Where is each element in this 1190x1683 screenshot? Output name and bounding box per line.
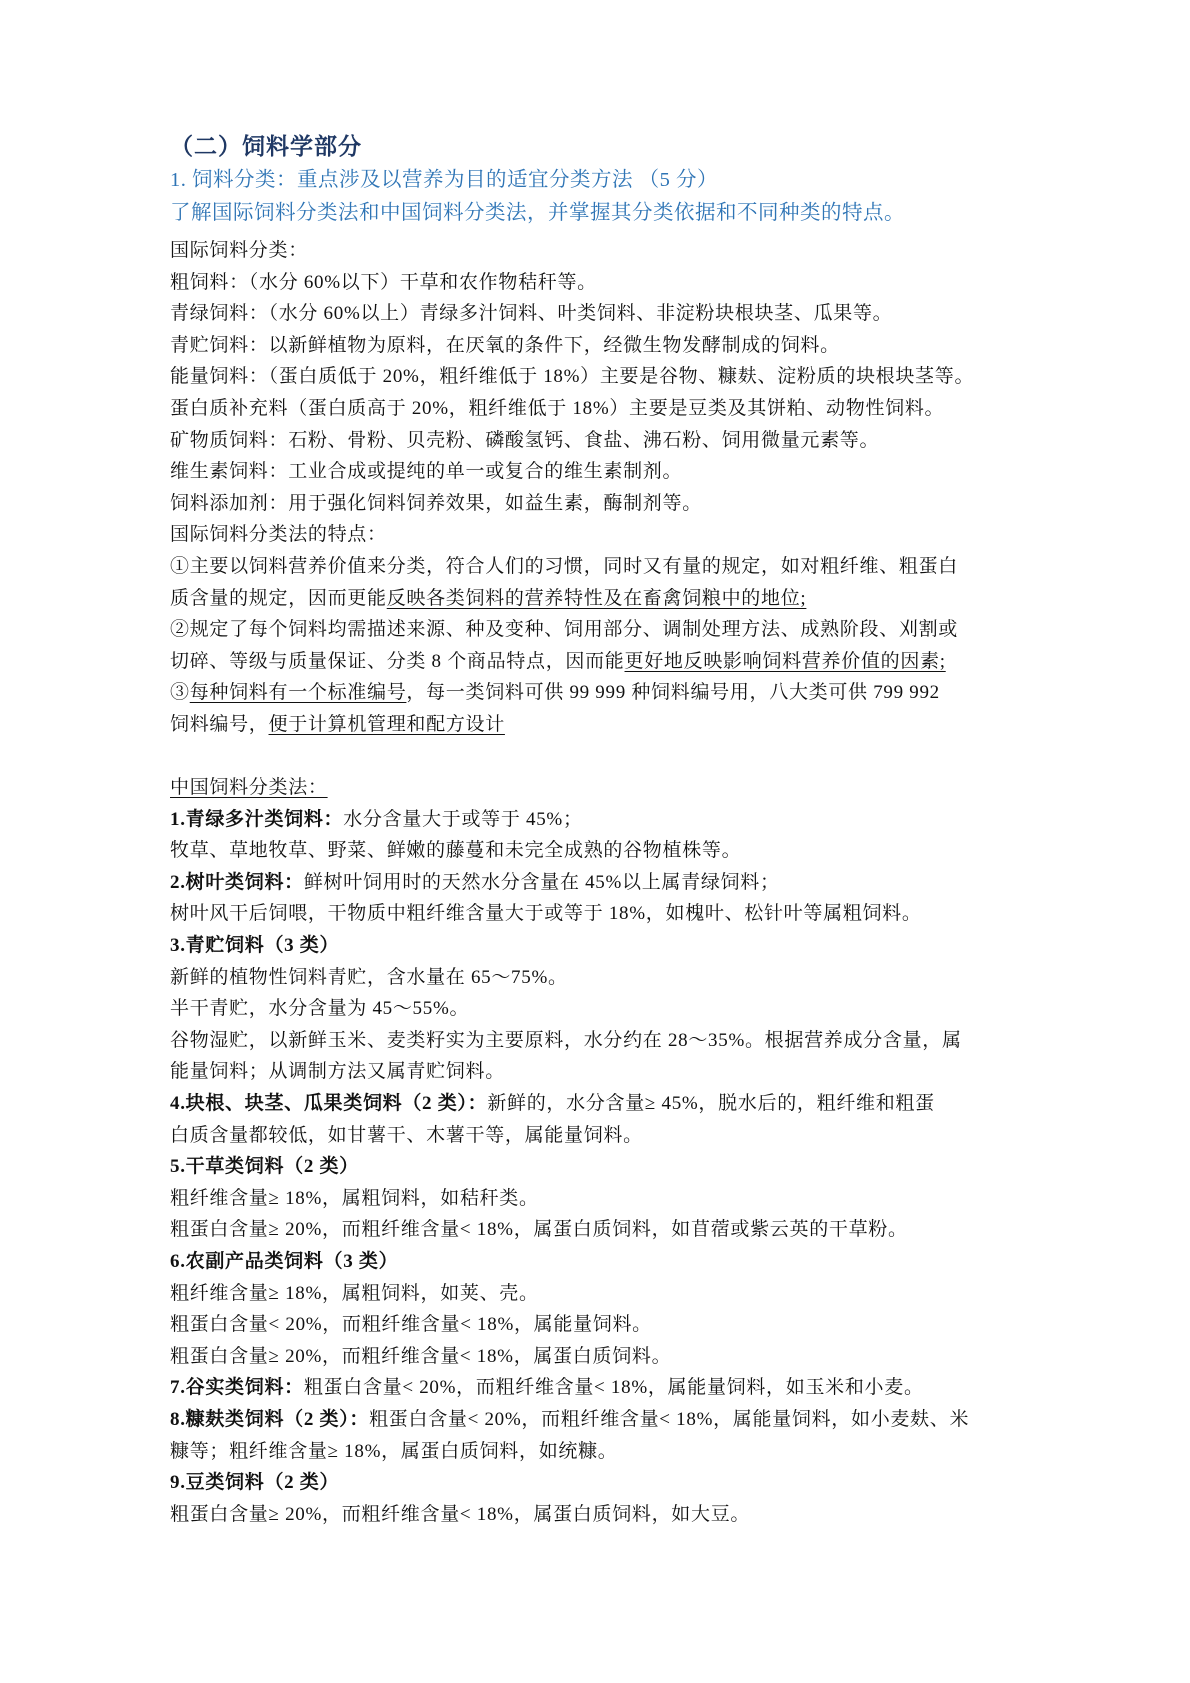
text-line: 粗蛋白含量≥ 20%，而粗纤维含量< 18%，属蛋白质饲料，如大豆。	[170, 1499, 1040, 1531]
text-line: 4.块根、块茎、瓜果类饲料（2 类）：新鲜的，水分含量≥ 45%，脱水后的，粗纤…	[170, 1088, 1040, 1120]
text-line: 糠等；粗纤维含量≥ 18%，属蛋白质饲料，如统糠。	[170, 1436, 1040, 1468]
text-line: 谷物湿贮，以新鲜玉米、麦类籽实为主要原料，水分约在 28～35%。根据营养成分含…	[170, 1025, 1040, 1057]
text-line: 5.干草类饲料（2 类）	[170, 1151, 1040, 1183]
text-run: 矿物质饲料：石粉、骨粉、贝壳粉、磷酸氢钙、食盐、沸石粉、饲用微量元素等。	[170, 430, 879, 451]
document-body: 国际饲料分类：粗饲料：（水分 60%以下）干草和农作物秸秆等。青绿饲料：（水分 …	[170, 235, 1040, 1530]
text-line: 粗蛋白含量≥ 20%，而粗纤维含量< 18%，属蛋白质饲料。	[170, 1341, 1040, 1373]
text-run: 粗蛋白含量< 20%，而粗纤维含量< 18%，属能量饲料。	[170, 1314, 652, 1335]
text-run: 4.块根、块茎、瓜果类饲料（2 类）：	[170, 1093, 487, 1114]
text-run: 青绿饲料：（水分 60%以上）青绿多汁饲料、叶类饲料、非淀粉块根块茎、瓜果等。	[170, 303, 892, 324]
text-line: 粗蛋白含量< 20%，而粗纤维含量< 18%，属能量饲料。	[170, 1309, 1040, 1341]
text-run: 2.树叶类饲料：	[170, 872, 304, 893]
text-line: 饲料添加剂：用于强化饲料饲养效果，如益生素，酶制剂等。	[170, 488, 1040, 520]
text-run: 粗蛋白含量≥ 20%，而粗纤维含量< 18%，属蛋白质饲料，如大豆。	[170, 1504, 750, 1525]
text-run: 6.农副产品类饲料（3 类）	[170, 1251, 398, 1272]
text-run: 能量饲料：（蛋白质低于 20%，粗纤维低于 18%）主要是谷物、糠麸、淀粉质的块…	[170, 366, 974, 387]
text-run: 新鲜的，水分含量≥ 45%，脱水后的，粗纤维和粗蛋	[487, 1093, 935, 1114]
text-run: 粗饲料：（水分 60%以下）干草和农作物秸秆等。	[170, 272, 597, 293]
topic-subheading-line-2: 了解国际饲料分类法和中国饲料分类法，并掌握其分类依据和不同种类的特点。	[170, 197, 1040, 230]
text-line: 矿物质饲料：石粉、骨粉、贝壳粉、磷酸氢钙、食盐、沸石粉、饲用微量元素等。	[170, 425, 1040, 457]
text-run: 5.干草类饲料（2 类）	[170, 1156, 359, 1177]
text-run: 水分含量大于或等于 45%；	[343, 809, 582, 830]
text-line	[170, 741, 1040, 773]
text-line: 蛋白质补充料（蛋白质高于 20%，粗纤维低于 18%）主要是豆类及其饼粕、动物性…	[170, 393, 1040, 425]
text-line: 3.青贮饲料（3 类）	[170, 930, 1040, 962]
text-line: 8.糠麸类饲料（2 类）：粗蛋白含量< 20%，而粗纤维含量< 18%，属能量饲…	[170, 1404, 1040, 1436]
text-run: 3.青贮饲料（3 类）	[170, 935, 339, 956]
text-line: 9.豆类饲料（2 类）	[170, 1467, 1040, 1499]
text-run: 粗蛋白含量< 20%，而粗纤维含量< 18%，属能量饲料，如小麦麸、米	[369, 1409, 969, 1430]
text-line: 中国饲料分类法：	[170, 772, 1040, 804]
text-run: 蛋白质补充料（蛋白质高于 20%，粗纤维低于 18%）主要是豆类及其饼粕、动物性…	[170, 398, 944, 419]
text-run: 青贮饲料：以新鲜植物为原料，在厌氧的条件下，经微生物发酵制成的饲料。	[170, 335, 840, 356]
text-run: 反映各类饲料的营养特性及在畜禽饲粮中的地位;	[387, 588, 807, 609]
text-line: 青绿饲料：（水分 60%以上）青绿多汁饲料、叶类饲料、非淀粉块根块茎、瓜果等。	[170, 298, 1040, 330]
text-line: 粗蛋白含量≥ 20%，而粗纤维含量< 18%，属蛋白质饲料，如苜蓿或紫云英的干草…	[170, 1214, 1040, 1246]
text-run: 半干青贮，水分含量为 45～55%。	[170, 998, 469, 1019]
text-line: 白质含量都较低，如甘薯干、木薯干等，属能量饲料。	[170, 1120, 1040, 1152]
text-line: 粗饲料：（水分 60%以下）干草和农作物秸秆等。	[170, 267, 1040, 299]
text-run: ①主要以饲料营养价值来分类，符合人们的习惯，同时又有量的规定，如对粗纤维、粗蛋白	[170, 556, 958, 577]
text-line: ③每种饲料有一个标准编号，每一类饲料可供 99 999 种饲料编号用，八大类可供…	[170, 677, 1040, 709]
text-run: 粗纤维含量≥ 18%，属粗饲料，如秸秆类。	[170, 1188, 539, 1209]
text-run: 饲料添加剂：用于强化饲料饲养效果，如益生素，酶制剂等。	[170, 493, 702, 514]
text-run: 新鲜的植物性饲料青贮，含水量在 65～75%。	[170, 967, 568, 988]
text-line: 切碎、等级与质量保证、分类 8 个商品特点，因而能更好地反映影响饲料营养价值的因…	[170, 646, 1040, 678]
text-run: ，每一类饲料可供 99 999 种饲料编号用，八大类可供 799 992	[406, 682, 939, 703]
text-line: 饲料编号，便于计算机管理和配方设计	[170, 709, 1040, 741]
text-line: 青贮饲料：以新鲜植物为原料，在厌氧的条件下，经微生物发酵制成的饲料。	[170, 330, 1040, 362]
text-run: 中国饲料分类法：	[170, 777, 328, 798]
text-run: 便于计算机管理和配方设计	[269, 714, 505, 735]
text-line: 能量饲料；从调制方法又属青贮饲料。	[170, 1056, 1040, 1088]
text-run: 国际饲料分类：	[170, 240, 308, 261]
document-page: （二）饲料学部分 1. 饲料分类：重点涉及以营养为目的适宜分类方法 （5 分） …	[0, 0, 1190, 1683]
text-line: 1.青绿多汁类饲料：水分含量大于或等于 45%；	[170, 804, 1040, 836]
text-run: 粗纤维含量≥ 18%，属粗饲料，如荚、壳。	[170, 1283, 539, 1304]
text-line: 7.谷实类饲料：粗蛋白含量< 20%，而粗纤维含量< 18%，属能量饲料，如玉米…	[170, 1372, 1040, 1404]
text-line: 牧草、草地牧草、野菜、鲜嫩的藤蔓和未完全成熟的谷物植株等。	[170, 835, 1040, 867]
text-run: ③	[170, 682, 190, 703]
text-run: ②规定了每个饲料均需描述来源、种及变种、饲用部分、调制处理方法、成熟阶段、刈割或	[170, 619, 958, 640]
text-line: 6.农副产品类饲料（3 类）	[170, 1246, 1040, 1278]
topic-subheading-line-1: 1. 饲料分类：重点涉及以营养为目的适宜分类方法 （5 分）	[170, 164, 1040, 197]
text-run: 牧草、草地牧草、野菜、鲜嫩的藤蔓和未完全成熟的谷物植株等。	[170, 840, 741, 861]
text-line: 质含量的规定，因而更能反映各类饲料的营养特性及在畜禽饲粮中的地位;	[170, 583, 1040, 615]
text-run: 糠等；粗纤维含量≥ 18%，属蛋白质饲料，如统糠。	[170, 1441, 618, 1462]
text-run: 国际饲料分类法的特点：	[170, 524, 387, 545]
text-line: 国际饲料分类法的特点：	[170, 519, 1040, 551]
text-line: 新鲜的植物性饲料青贮，含水量在 65～75%。	[170, 962, 1040, 994]
text-line: 树叶风干后饲喂，干物质中粗纤维含量大于或等于 18%，如槐叶、松针叶等属粗饲料。	[170, 898, 1040, 930]
text-run: 9.豆类饲料（2 类）	[170, 1472, 339, 1493]
text-run: 维生素饲料：工业合成或提纯的单一或复合的维生素制剂。	[170, 461, 682, 482]
text-run: 7.谷实类饲料：	[170, 1377, 304, 1398]
text-line: 粗纤维含量≥ 18%，属粗饲料，如秸秆类。	[170, 1183, 1040, 1215]
text-line: 能量饲料：（蛋白质低于 20%，粗纤维低于 18%）主要是谷物、糠麸、淀粉质的块…	[170, 361, 1040, 393]
text-run: 更好地反映影响饲料营养价值的因素;	[625, 651, 946, 672]
text-run: 白质含量都较低，如甘薯干、木薯干等，属能量饲料。	[170, 1125, 643, 1146]
text-line: 国际饲料分类：	[170, 235, 1040, 267]
text-line: 半干青贮，水分含量为 45～55%。	[170, 993, 1040, 1025]
text-run: 切碎、等级与质量保证、分类 8 个商品特点，因而能	[170, 651, 625, 672]
text-run: 饲料编号，	[170, 714, 269, 735]
text-line: 2.树叶类饲料：鲜树叶饲用时的天然水分含量在 45%以上属青绿饲料；	[170, 867, 1040, 899]
text-run: 谷物湿贮，以新鲜玉米、麦类籽实为主要原料，水分约在 28～35%。根据营养成分含…	[170, 1030, 962, 1051]
text-line: ①主要以饲料营养价值来分类，符合人们的习惯，同时又有量的规定，如对粗纤维、粗蛋白	[170, 551, 1040, 583]
text-run: 粗蛋白含量≥ 20%，而粗纤维含量< 18%，属蛋白质饲料。	[170, 1346, 671, 1367]
text-run: 8.糠麸类饲料（2 类）：	[170, 1409, 369, 1430]
text-run: 粗蛋白含量≥ 20%，而粗纤维含量< 18%，属蛋白质饲料，如苜蓿或紫云英的干草…	[170, 1219, 908, 1240]
text-run: 粗蛋白含量< 20%，而粗纤维含量< 18%，属能量饲料，如玉米和小麦。	[304, 1377, 924, 1398]
section-heading: （二）饲料学部分	[170, 130, 1040, 164]
text-run: 每种饲料有一个标准编号	[190, 682, 407, 703]
text-run: 鲜树叶饲用时的天然水分含量在 45%以上属青绿饲料；	[304, 872, 780, 893]
text-run: 能量饲料；从调制方法又属青贮饲料。	[170, 1061, 505, 1082]
document-content: （二）饲料学部分 1. 饲料分类：重点涉及以营养为目的适宜分类方法 （5 分） …	[170, 130, 1040, 1530]
text-run: 树叶风干后饲喂，干物质中粗纤维含量大于或等于 18%，如槐叶、松针叶等属粗饲料。	[170, 903, 922, 924]
text-line: 维生素饲料：工业合成或提纯的单一或复合的维生素制剂。	[170, 456, 1040, 488]
text-run: 1.青绿多汁类饲料：	[170, 809, 343, 830]
text-line: 粗纤维含量≥ 18%，属粗饲料，如荚、壳。	[170, 1278, 1040, 1310]
text-run: 质含量的规定，因而更能	[170, 588, 387, 609]
text-line: ②规定了每个饲料均需描述来源、种及变种、饲用部分、调制处理方法、成熟阶段、刈割或	[170, 614, 1040, 646]
